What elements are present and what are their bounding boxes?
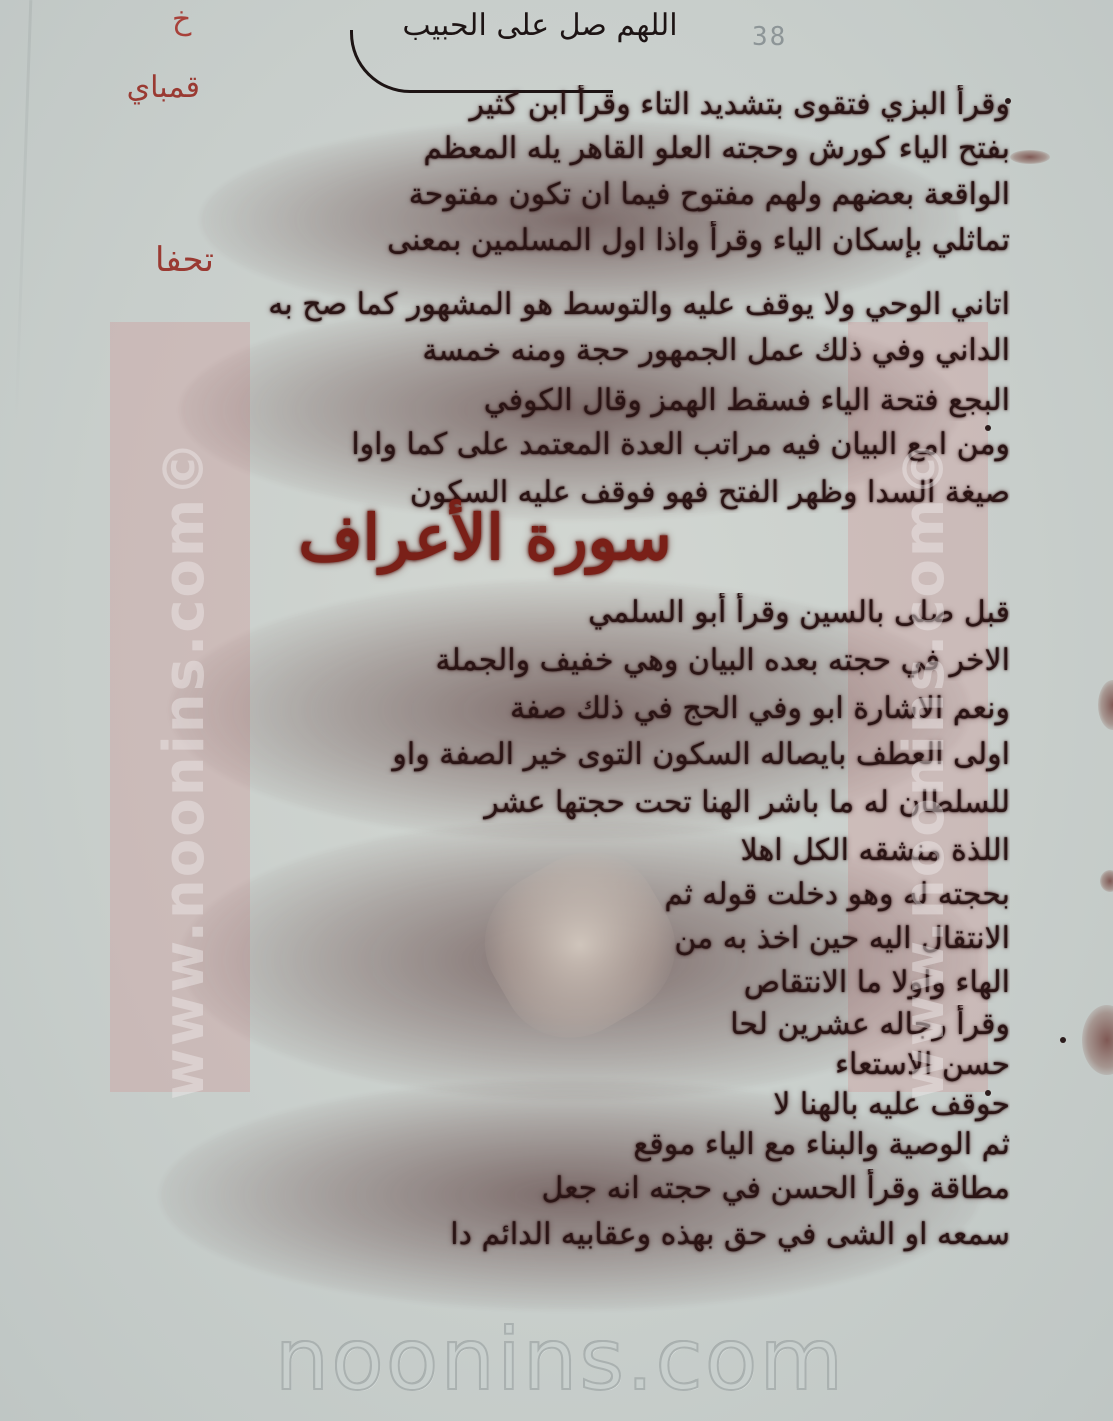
- text-line: قبل صلى بالسين وقرأ أبو السلمي: [150, 593, 1010, 633]
- stain: [1082, 1005, 1113, 1075]
- text-line: وقرأ البزي فتقوى بتشديد التاء وقرأ ابن ك…: [160, 85, 1010, 125]
- main-text: وقرأ البزي فتقوى بتشديد التاء وقرأ ابن ك…: [150, 85, 1010, 1305]
- text-line: الاخر في حجته بعده البيان وهي خفيف والجم…: [170, 641, 1010, 681]
- surah-heading: سورة الأعراف: [205, 500, 765, 575]
- margin-mark: خ: [172, 2, 191, 37]
- ink-dot: [1005, 98, 1011, 104]
- text-line: بفتح الياء كورش وحجته العلو القاهر يله ا…: [170, 129, 1010, 169]
- stain: [1100, 870, 1113, 892]
- stain: [1010, 150, 1050, 164]
- text-line: للسلطان له ما باشر الهنا تحت حجتها عشر: [150, 783, 1010, 823]
- watermark-vertical-left: www.noonins.com©: [155, 330, 215, 1100]
- text-line: سمعه او الشى في حق بهذه وعقابيه الدائم د…: [210, 1215, 1010, 1255]
- text-line: تماثلي بإسكان الياء وقرأ واذا اول المسلم…: [220, 221, 1010, 261]
- ink-dot: [1060, 1037, 1066, 1043]
- text-line: اتاني الوحي ولا يوقف عليه والتوسط هو الم…: [170, 285, 1010, 325]
- text-line: ومن امع البيان فيه مراتب العدة المعتمد ع…: [150, 425, 1010, 465]
- text-line: اولى العطف بايصاله السكون التوى خير الصف…: [150, 735, 1010, 775]
- folio-number: 38: [752, 22, 787, 52]
- text-line: الداني وفي ذلك عمل الجمهور حجة ومنه خمسة: [150, 331, 1010, 371]
- text-line: البجع فتحة الياء فسقط الهمز وقال الكوفي: [150, 381, 1010, 421]
- ink-dot: [985, 1090, 991, 1096]
- text-line: ونعم الاشارة ابو وفي الحج في ذلك صفة: [150, 689, 1010, 729]
- manuscript-page: خ اللهم صل على الحبيب 38 قمباي تحفا وقرأ…: [0, 0, 1113, 1421]
- paper-fold: [15, 0, 33, 420]
- watermark-bottom: noonins.com: [250, 1320, 870, 1400]
- header-invocation: اللهم صل على الحبيب: [350, 8, 730, 68]
- stain: [1098, 680, 1113, 730]
- watermark-vertical-right: www.noonins.com©: [895, 330, 955, 1100]
- ink-dot: [985, 425, 991, 431]
- text-line: ثم الوصية والبناء مع الياء موقع: [190, 1125, 1010, 1165]
- text-line: مطاقة وقرأ الحسن في حجته انه جعل: [170, 1169, 1010, 1209]
- text-line: الواقعة بعضهم ولهم مفتوح فيما ان تكون مف…: [170, 175, 1010, 215]
